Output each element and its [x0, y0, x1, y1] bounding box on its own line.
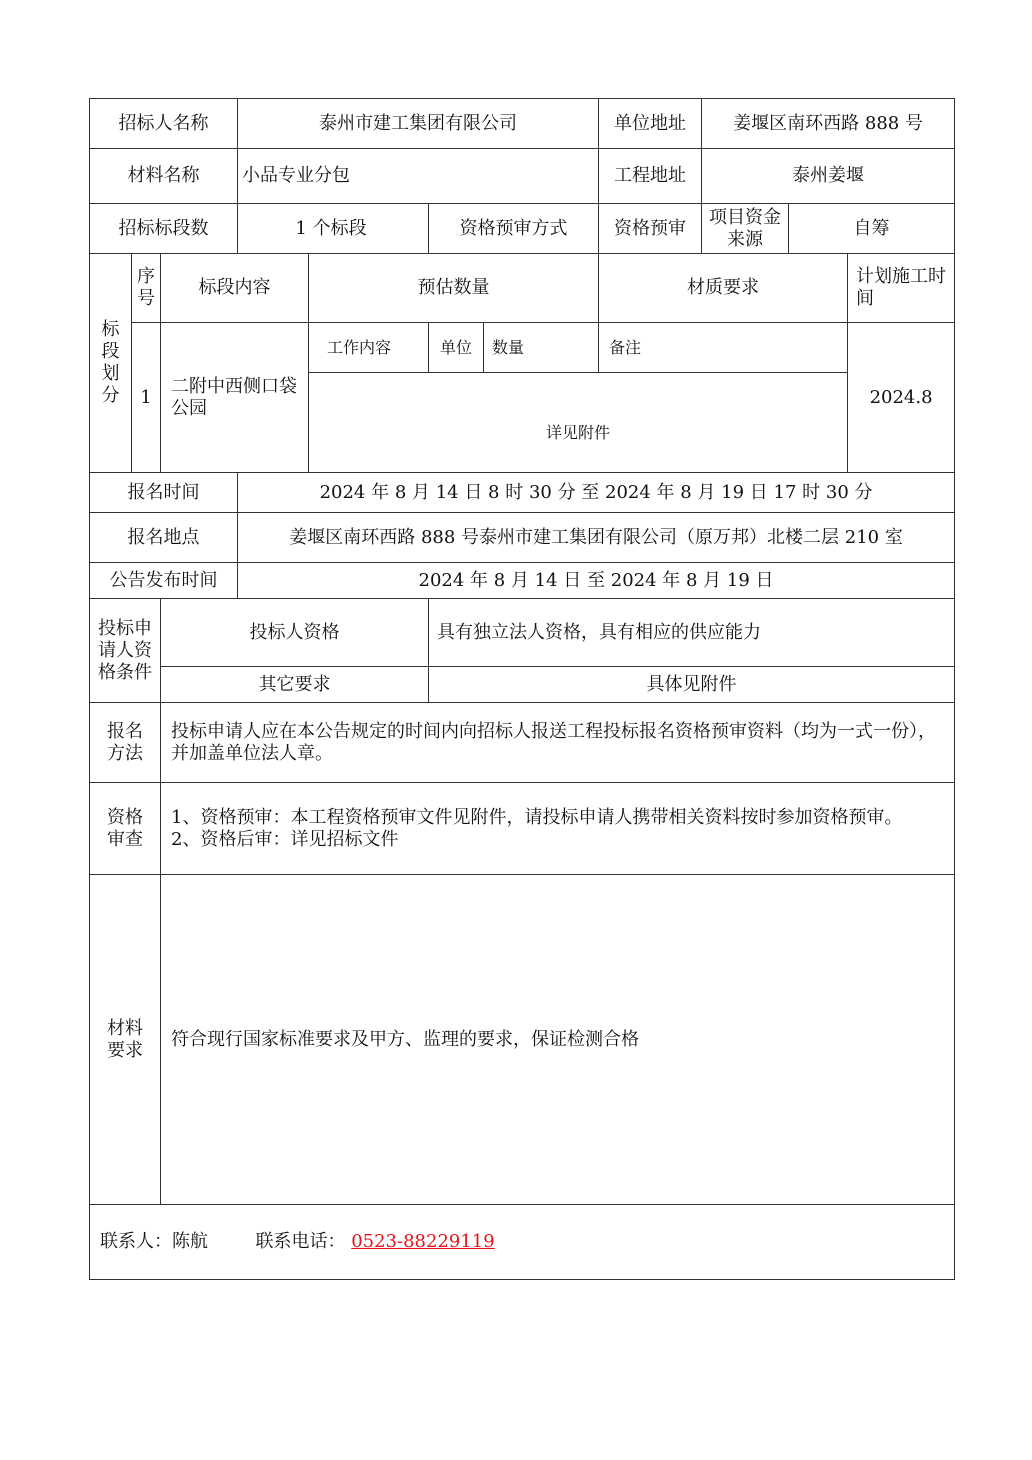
other-requirements-value: 具体见附件 [429, 667, 955, 703]
review-line-2: 2、资格后审：详见招标文件 [171, 829, 950, 851]
sub-col-work: 工作内容 [309, 323, 429, 373]
segment-row-content: 二附中西侧口袋公园 [161, 323, 309, 473]
segment-row-schedule: 2024.8 [848, 323, 955, 473]
unit-address-value: 姜堰区南环西路 888 号 [702, 99, 955, 149]
tender-notice-table: 招标人名称 泰州市建工集团有限公司 单位地址 姜堰区南环西路 888 号 材料名… [89, 98, 955, 1280]
qualification-review-value: 1、资格预审：本工程资格预审文件见附件，请投标申请人携带相关资料按时参加资格预审… [161, 783, 955, 875]
material-requirements-value: 符合现行国家标准要求及甲方、监理的要求，保证检测合格 [161, 875, 955, 1205]
segment-row-detail: 详见附件 [309, 373, 848, 473]
segments-col-content: 标段内容 [161, 254, 309, 323]
material-requirements-label: 材料要求 [90, 875, 161, 1205]
registration-method-value: 投标申请人应在本公告规定的时间内向招标人报送工程投标报名资格预审资料（均为一式一… [161, 703, 955, 783]
prequal-method-value: 资格预审 [599, 204, 702, 254]
tenderer-value: 泰州市建工集团有限公司 [238, 99, 599, 149]
sections-value: 1 个标段 [238, 204, 429, 254]
funding-value: 自筹 [789, 204, 955, 254]
contact-person-label: 联系人： [100, 1231, 172, 1252]
notice-time-label: 公告发布时间 [90, 563, 238, 599]
registration-time-value: 2024 年 8 月 14 日 8 时 30 分 至 2024 年 8 月 19… [238, 473, 955, 513]
contact-row: 联系人：陈航 联系电话： 0523-88229119 [90, 1205, 955, 1280]
segments-col-material-req: 材质要求 [599, 254, 848, 323]
sub-col-qty: 数量 [484, 323, 599, 373]
project-address-label: 工程地址 [599, 149, 702, 204]
tender-notice-document: 招标人名称 泰州市建工集团有限公司 单位地址 姜堰区南环西路 888 号 材料名… [89, 98, 954, 1280]
notice-time-value: 2024 年 8 月 14 日 至 2024 年 8 月 19 日 [238, 563, 955, 599]
sub-col-remark: 备注 [599, 323, 848, 373]
bidder-qualification-label: 投标人资格 [161, 599, 429, 667]
contact-phone-label: 联系电话： [255, 1231, 345, 1252]
contact-phone-link[interactable]: 0523-88229119 [351, 1231, 495, 1252]
segment-row-no: 1 [132, 323, 161, 473]
qualification-review-label: 资格审查 [90, 783, 161, 875]
funding-label: 项目资金来源 [702, 204, 789, 254]
registration-place-label: 报名地点 [90, 513, 238, 563]
prequal-method-label: 资格预审方式 [429, 204, 599, 254]
segments-col-no: 序号 [132, 254, 161, 323]
review-line-1: 1、资格预审：本工程资格预审文件见附件，请投标申请人携带相关资料按时参加资格预审… [171, 807, 950, 829]
registration-method-label: 报名方法 [90, 703, 161, 783]
tenderer-label: 招标人名称 [90, 99, 238, 149]
sections-label: 招标标段数 [90, 204, 238, 254]
segments-col-schedule: 计划施工时间 [848, 254, 955, 323]
other-requirements-label: 其它要求 [161, 667, 429, 703]
project-address-value: 泰州姜堰 [702, 149, 955, 204]
material-label: 材料名称 [90, 149, 238, 204]
segments-col-quantity: 预估数量 [309, 254, 599, 323]
segments-group-label: 标段划分 [90, 254, 132, 473]
registration-place-value: 姜堰区南环西路 888 号泰州市建工集团有限公司（原万邦）北楼二层 210 室 [238, 513, 955, 563]
registration-time-label: 报名时间 [90, 473, 238, 513]
qualification-group-label: 投标申请人资格条件 [90, 599, 161, 703]
material-value: 小品专业分包 [238, 149, 599, 204]
contact-person-value: 陈航 [172, 1231, 208, 1252]
bidder-qualification-value: 具有独立法人资格，具有相应的供应能力 [429, 599, 955, 667]
unit-address-label: 单位地址 [599, 99, 702, 149]
sub-col-unit: 单位 [429, 323, 484, 373]
